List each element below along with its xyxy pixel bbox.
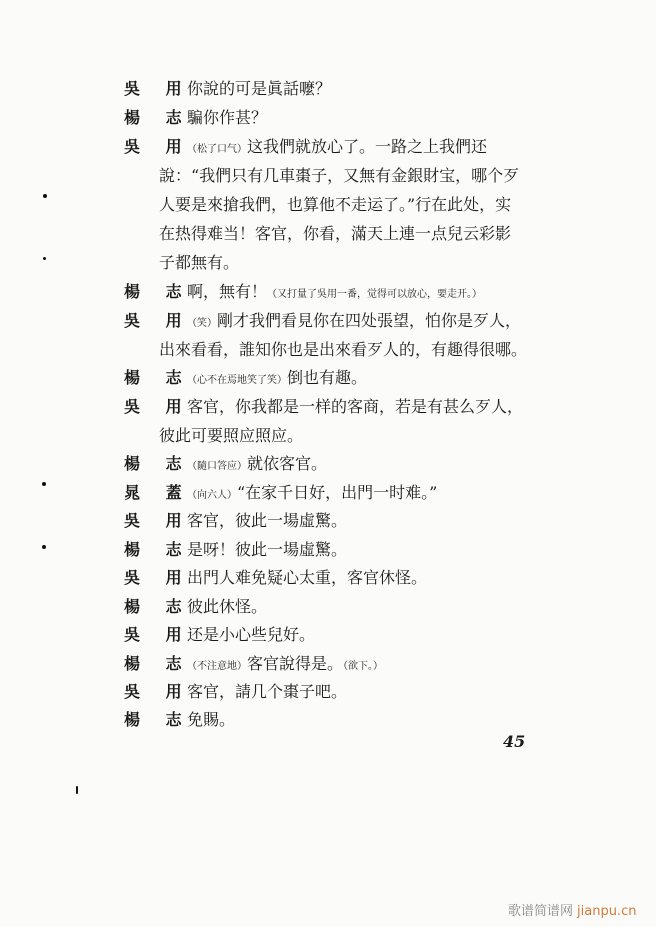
dialogue-text: 是呀！彼此一場虛驚。 — [187, 535, 347, 564]
spoken-text: 剛才我們看見你在四处張望，怕你是歹人， — [217, 311, 521, 330]
binding-hole-mark — [43, 257, 46, 260]
spoken-text: 就依客官。 — [247, 454, 327, 473]
spoken-text: 你說的可是眞話嚒？ — [187, 79, 331, 98]
dialogue-text: （心不在焉地笑了笑）倒也有趣。 — [187, 363, 367, 395]
speaker-name: 楊 志 — [124, 592, 184, 621]
watermark: 歌谱简谱网jianpu.cn — [508, 900, 636, 919]
binding-hole-mark — [42, 545, 46, 549]
dialogue-text: 騙你作甚？ — [187, 103, 267, 132]
stage-direction: （松了口气） — [187, 144, 247, 155]
spoken-text: 啊，無有！ — [187, 282, 267, 301]
speaker-name: 楊 志 — [124, 535, 184, 564]
binding-hole-mark — [42, 482, 46, 486]
stage-direction: （心不在焉地笑了笑） — [187, 375, 287, 386]
speaker-name: 吳 用 — [124, 74, 184, 103]
spoken-text: 彼此休怪。 — [187, 597, 267, 616]
speaker-name: 楊 志 — [124, 449, 184, 478]
spoken-text: 騙你作甚？ — [187, 108, 267, 127]
speaker-name: 楊 志 — [124, 103, 184, 132]
spoken-text: 这我們就放心了。一路之上我們还 — [247, 137, 487, 156]
dialogue-text: 彼此休怪。 — [187, 592, 267, 621]
stage-direction: （隨口答应） — [187, 461, 247, 472]
dialogue-text: （隨口答应）就依客官。 — [187, 449, 327, 481]
spoken-text: 出門人难免疑心太重，客官休怪。 — [187, 568, 427, 587]
spoken-text: 客官說得是。 — [247, 654, 343, 673]
spoken-text: 客官，彼此一場虛驚。 — [187, 511, 347, 530]
dialogue-text: 出來看看，誰知你也是出來看歹人的，有趣得很哪。 — [159, 335, 527, 364]
dialogue-text: 說：“我們只有几車棗子，又無有金銀財宝，哪个歹 — [159, 161, 519, 190]
spoken-text: 人要是來搶我們，也算他不走运了。”行在此处，实 — [159, 195, 511, 214]
speaker-name: 吳 用 — [124, 677, 184, 706]
script-page: 吳 用你說的可是眞話嚒？楊 志騙你作甚？吳 用（松了口气）这我們就放心了。一路之… — [0, 0, 656, 927]
spoken-text: 客官，請几个棗子吧。 — [187, 682, 347, 701]
speaker-name: 吳 用 — [124, 306, 184, 335]
watermark-en: jianpu.cn — [577, 904, 636, 919]
spoken-text: 免賜。 — [187, 710, 235, 729]
dialogue-text: 子都無有。 — [159, 248, 239, 277]
speaker-name: 吳 用 — [124, 392, 184, 421]
dialogue-text: 免賜。 — [187, 705, 235, 734]
speaker-name: 楊 志 — [124, 363, 184, 392]
speaker-name: 吳 用 — [124, 506, 184, 535]
watermark-cn: 歌谱简谱网 — [508, 904, 573, 919]
speaker-name: 晁 蓋 — [124, 478, 184, 507]
stage-direction: （向六人） — [187, 490, 237, 501]
speaker-name: 吳 用 — [124, 620, 184, 649]
spoken-text: “在家千日好，出門一时难。” — [237, 483, 437, 502]
stage-direction: （又打量了吳用一番，觉得可以放心，要走开。） — [267, 289, 482, 300]
speaker-name: 楊 志 — [124, 649, 184, 678]
speaker-name: 吳 用 — [124, 563, 184, 592]
spoken-text: 說：“我們只有几車棗子，又無有金銀財宝，哪个歹 — [159, 166, 519, 185]
spoken-text: 是呀！彼此一場虛驚。 — [187, 540, 347, 559]
speaker-name: 楊 志 — [124, 277, 184, 306]
dialogue-text: 客官，你我都是一样的客商，若是有甚么歹人， — [187, 392, 523, 421]
speaker-name: 楊 志 — [124, 705, 184, 734]
dialogue-text: 还是小心些兒好。 — [187, 620, 315, 649]
spoken-text: 客官，你我都是一样的客商，若是有甚么歹人， — [187, 397, 523, 416]
binding-hole-mark — [43, 194, 47, 198]
dialogue-text: （笑）剛才我們看見你在四处張望，怕你是歹人， — [187, 306, 521, 338]
dialogue-text: 人要是來搶我們，也算他不走运了。”行在此处，实 — [159, 190, 511, 219]
spoken-text: 在热得难当！客官，你看，滿天上連一点兒云彩影 — [159, 224, 511, 243]
stage-direction: （笑） — [187, 318, 217, 329]
dialogue-text: 彼此可要照应照应。 — [159, 421, 303, 450]
spoken-text: 倒也有趣。 — [287, 368, 367, 387]
dialogue-text: 在热得难当！客官，你看，滿天上連一点兒云彩影 — [159, 219, 511, 248]
spoken-text: 彼此可要照应照应。 — [159, 426, 303, 445]
stage-direction: （不注意地） — [187, 661, 247, 672]
dialogue-text: 出門人难免疑心太重，客官休怪。 — [187, 563, 427, 592]
dialogue-text: 客官，請几个棗子吧。 — [187, 677, 347, 706]
spoken-text: 出來看看，誰知你也是出來看歹人的，有趣得很哪。 — [159, 340, 527, 359]
dialogue-text: 客官，彼此一場虛驚。 — [187, 506, 347, 535]
page-number: 45 — [503, 732, 525, 751]
dialogue-text: 啊，無有！（又打量了吳用一番，觉得可以放心，要走开。） — [187, 277, 482, 309]
spoken-text: 子都無有。 — [159, 253, 239, 272]
spoken-text: 还是小心些兒好。 — [187, 625, 315, 644]
dialogue-text: 你說的可是眞話嚒？ — [187, 74, 331, 103]
scan-mark — [76, 786, 78, 794]
speaker-name: 吳 用 — [124, 132, 184, 161]
dialogue-text: （松了口气）这我們就放心了。一路之上我們还 — [187, 132, 487, 164]
stage-direction: （欲下。） — [343, 661, 383, 672]
